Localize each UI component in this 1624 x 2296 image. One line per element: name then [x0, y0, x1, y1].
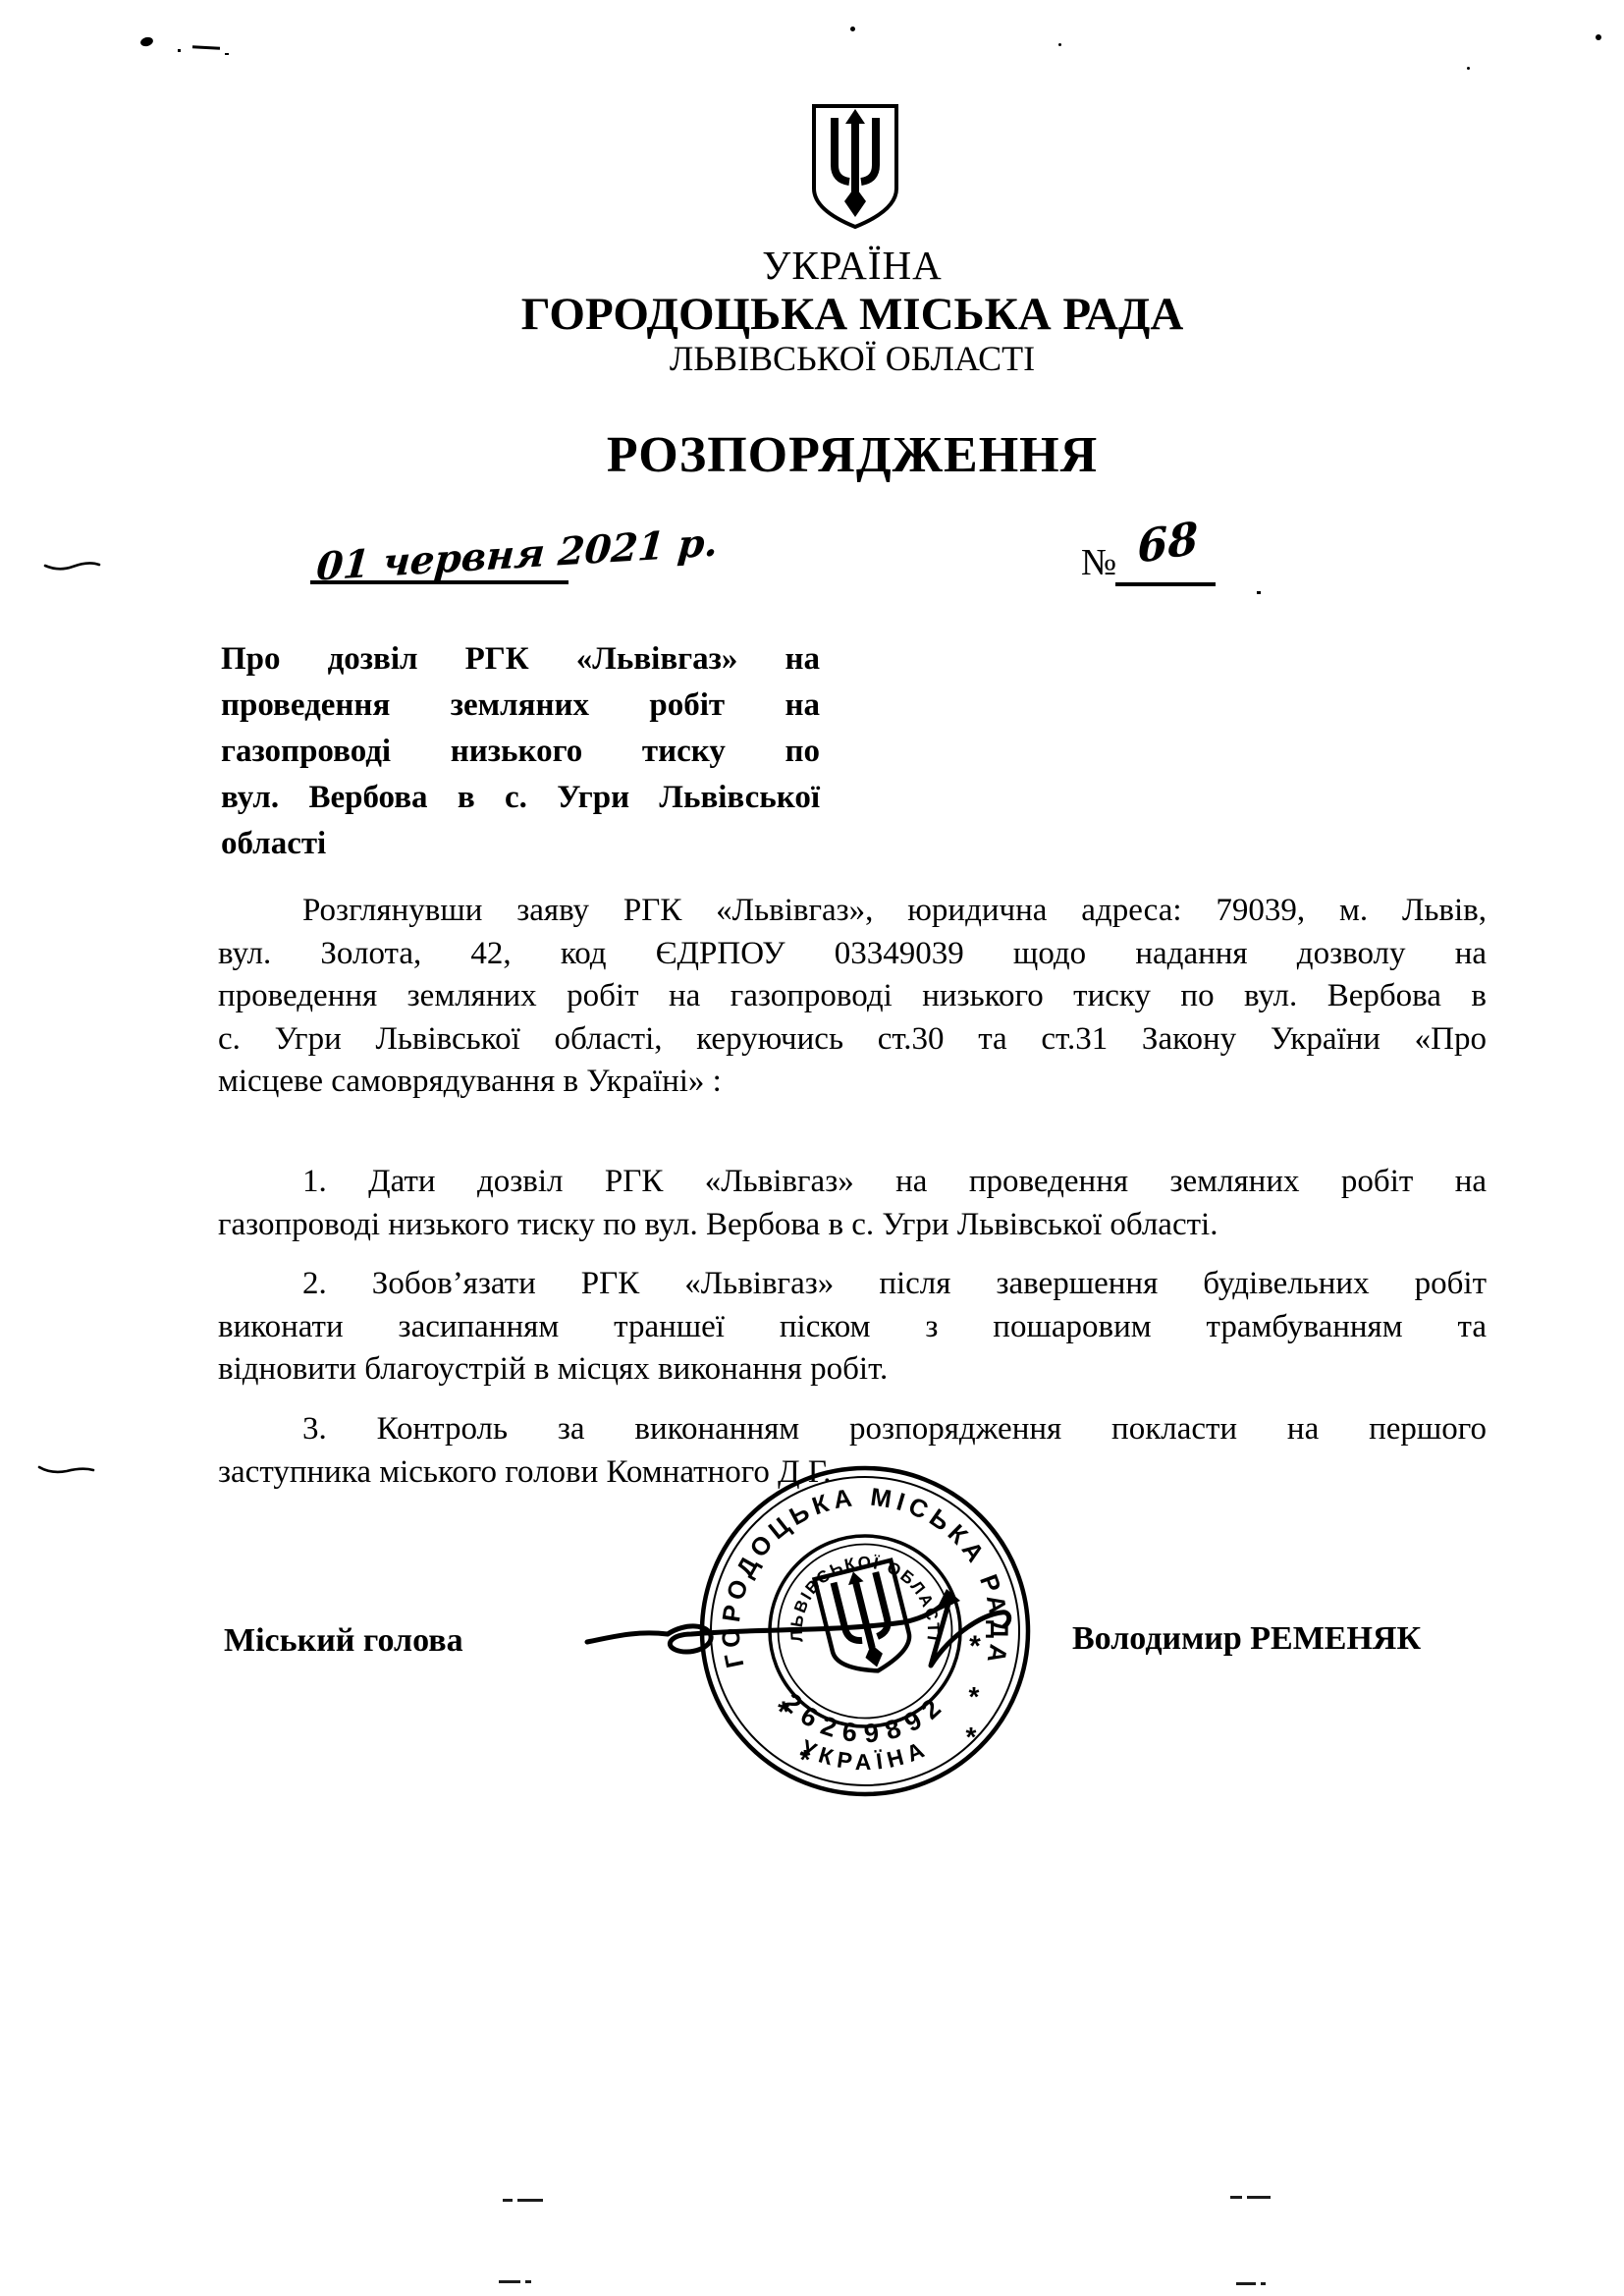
- scan-artifact-curve: [37, 1459, 96, 1477]
- scanned-document-page: УКРАЇНА ГОРОДОЦЬКА МІСЬКА РАДА ЛЬВІВСЬКО…: [0, 0, 1624, 2296]
- text-line: Розглянувши заяву РГК «Львівгаз», юридич…: [218, 890, 1487, 933]
- text-line: газопроводі низького тиску по: [221, 729, 820, 775]
- scan-artifact-curve: [43, 556, 102, 574]
- header-council-name: ГОРОДОЦЬКА МІСЬКА РАДА: [521, 288, 1184, 341]
- text-line: 2. Зобов’язати РГК «Львівгаз» після заве…: [218, 1263, 1487, 1306]
- scan-artifact-dashes: [1230, 2188, 1275, 2206]
- signatory-name: Володимир РЕМЕНЯК: [1072, 1620, 1421, 1658]
- text-line: проведення земляних робіт на: [221, 683, 820, 729]
- text-line: с. Угри Львівської області, керуючись ст…: [218, 1018, 1487, 1062]
- scan-artifact-dashes: [499, 2272, 536, 2290]
- text-line: області: [221, 821, 820, 867]
- scan-artifact-dot: [850, 27, 855, 31]
- scan-artifact-dot: [1596, 34, 1601, 40]
- handwritten-number: 68: [1137, 512, 1199, 574]
- header-country: УКРАЇНА: [762, 242, 942, 289]
- handwritten-date: 01 червня 2021 р.: [315, 519, 720, 589]
- text-line: проведення земляних робіт на газопроводі…: [218, 975, 1487, 1018]
- number-sign: №: [1081, 541, 1116, 584]
- document-type-title: РОЗПОРЯДЖЕННЯ: [607, 426, 1098, 484]
- preamble-paragraph: Розглянувши заяву РГК «Львівгаз», юридич…: [218, 890, 1487, 1104]
- text-line: Про дозвіл РГК «Львівгаз» на: [221, 636, 820, 683]
- text-line: місцеве самоврядування в Україні» :: [218, 1061, 1487, 1104]
- text-line: виконати засипанням траншеї піском з пош…: [218, 1306, 1487, 1349]
- stamp-star: *: [800, 1744, 811, 1775]
- scan-artifact-dashes: [1236, 2274, 1271, 2292]
- text-line: 3. Контроль за виконанням розпорядження …: [218, 1408, 1487, 1451]
- text-line: вул. Золота, 42, код ЄДРПОУ 03349039 щод…: [218, 933, 1487, 976]
- scan-artifact-dot: [178, 49, 181, 52]
- ukraine-trident-emblem: [809, 102, 901, 232]
- scan-artifact-dot: [1058, 43, 1061, 46]
- scan-artifact-dot: [1467, 67, 1470, 70]
- scan-artifact-dashes: [503, 2191, 548, 2209]
- text-line: газопроводі низького тиску по вул. Вербо…: [218, 1204, 1487, 1247]
- handwritten-signature: [579, 1567, 1031, 1715]
- subject-block: Про дозвіл РГК «Львівгаз» на проведення …: [221, 636, 820, 867]
- text-line: 1. Дати дозвіл РГК «Львівгаз» на проведе…: [218, 1161, 1487, 1204]
- date-underline: [310, 580, 568, 584]
- signatory-position: Міський голова: [224, 1622, 463, 1660]
- scan-artifact-dash: [192, 45, 220, 49]
- ordered-item-2: 2. Зобов’язати РГК «Львівгаз» після заве…: [218, 1263, 1487, 1392]
- ordered-item-1: 1. Дати дозвіл РГК «Львівгаз» на проведе…: [218, 1161, 1487, 1246]
- number-underline: [1115, 582, 1216, 586]
- text-line: відновити благоустрій в місцях виконання…: [218, 1348, 1487, 1392]
- scan-artifact-dot: [1257, 591, 1261, 594]
- stamp-star: *: [966, 1722, 977, 1752]
- header-region: ЛЬВІВСЬКОЇ ОБЛАСТІ: [670, 338, 1035, 379]
- scan-artifact-blob: [139, 35, 154, 47]
- scan-artifact-dot: [225, 53, 229, 55]
- text-line: вул. Вербова в с. Угри Львівської: [221, 775, 820, 821]
